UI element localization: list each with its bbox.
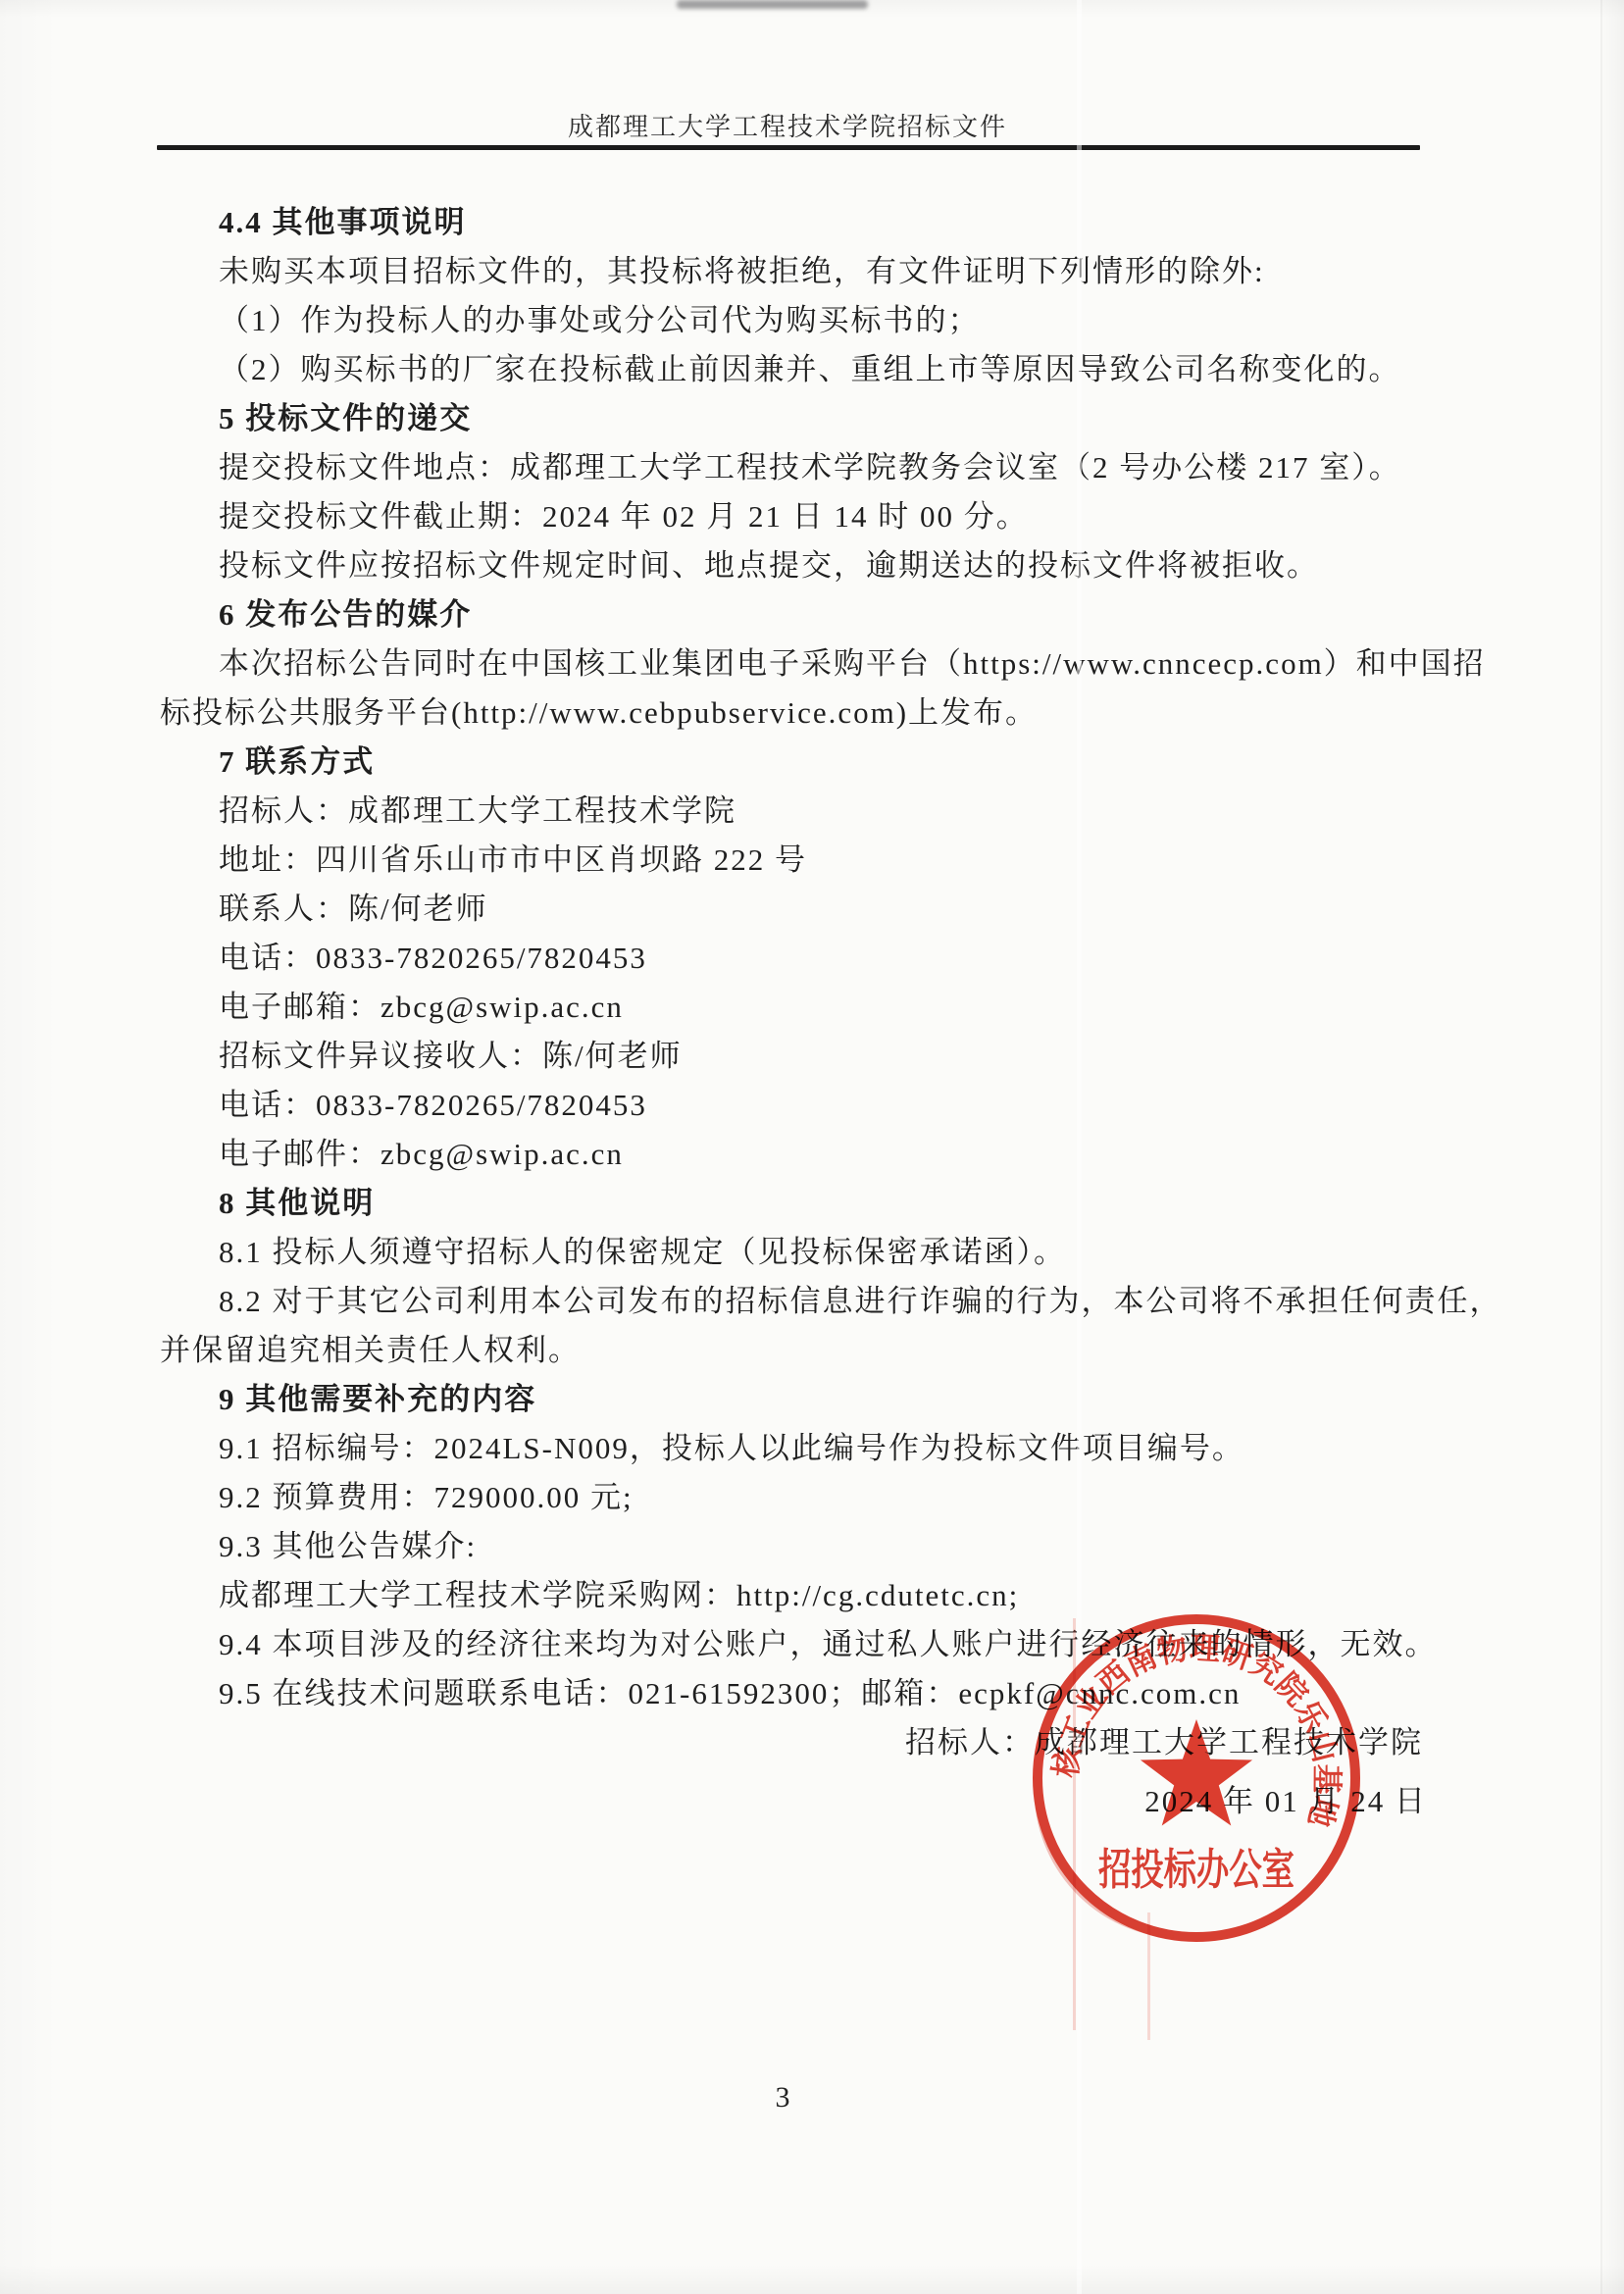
document-line: 电话：0833-7820265/7820453 (160, 934, 1464, 983)
document-line: 提交投标文件地点：成都理工大学工程技术学院教务会议室（2 号办公楼 217 室）… (160, 443, 1464, 492)
document-line: 未购买本项目招标文件的，其投标将被拒绝，有文件证明下列情形的除外: (160, 247, 1464, 296)
official-seal-stamp: 核工业西南物理研究院乐山基地 招投标办公室 (1020, 1602, 1373, 1955)
page-header-title: 成都理工大学工程技术学院招标文件 (0, 110, 1575, 145)
scan-edge-line (1600, 0, 1602, 2294)
document-line: 9.2 预算费用：729000.00 元; (160, 1473, 1464, 1522)
document-line: 9 其他需要补充的内容 (160, 1375, 1464, 1424)
document-line: 投标文件应按招标文件规定时间、地点提交，逾期送达的投标文件将被拒收。 (160, 541, 1464, 590)
document-line: 5 投标文件的递交 (160, 394, 1464, 443)
document-body: 4.4 其他事项说明未购买本项目招标文件的，其投标将被拒绝，有文件证明下列情形的… (160, 198, 1464, 1826)
document-line: 8.2 对于其它公司利用本公司发布的招标信息进行诈骗的行为，本公司将不承担任何责… (160, 1277, 1464, 1326)
document-line: 并保留追究相关责任人权利。 (160, 1326, 1464, 1375)
document-line: 电子邮件：zbcg@swip.ac.cn (160, 1130, 1464, 1179)
document-line: 4.4 其他事项说明 (160, 198, 1464, 247)
star-icon (1141, 1719, 1252, 1826)
document-line: 本次招标公告同时在中国核工业集团电子采购平台（https://www.cnnce… (160, 639, 1464, 688)
document-line: 标投标公共服务平台(http://www.cebpubservice.com)上… (160, 688, 1464, 738)
document-line: 招标文件异议接收人：陈/何老师 (160, 1032, 1464, 1081)
document-line: 招标人：成都理工大学工程技术学院 (160, 787, 1464, 836)
page-number: 3 (743, 2081, 822, 2115)
document-page: 成都理工大学工程技术学院招标文件 4.4 其他事项说明未购买本项目招标文件的，其… (0, 0, 1624, 2294)
scan-smudge-artifact (677, 0, 868, 9)
document-line: 9.1 招标编号：2024LS-N009，投标人以此编号作为投标文件项目编号。 (160, 1424, 1464, 1473)
document-line: 提交投标文件截止期：2024 年 02 月 21 日 14 时 00 分。 (160, 492, 1464, 541)
document-line: 9.3 其他公告媒介: (160, 1522, 1464, 1571)
header-rule (157, 145, 1420, 150)
document-line: 7 联系方式 (160, 738, 1464, 787)
document-line: 联系人：陈/何老师 (160, 885, 1464, 934)
document-line: 8 其他说明 (160, 1179, 1464, 1228)
document-line: 电子邮箱：zbcg@swip.ac.cn (160, 983, 1464, 1032)
document-line: 6 发布公告的媒介 (160, 590, 1464, 639)
document-line: 地址：四川省乐山市市中区肖坝路 222 号 (160, 836, 1464, 885)
seal-office-text: 招投标办公室 (1098, 1846, 1294, 1894)
document-line: 8.1 投标人须遵守招标人的保密规定（见投标保密承诺函）。 (160, 1228, 1464, 1277)
document-line: （1）作为投标人的办事处或分公司代为购买标书的； (160, 296, 1464, 345)
document-line: （2）购买标书的厂家在投标截止前因兼并、重组上市等原因导致公司名称变化的。 (160, 345, 1464, 394)
document-line: 电话：0833-7820265/7820453 (160, 1081, 1464, 1130)
